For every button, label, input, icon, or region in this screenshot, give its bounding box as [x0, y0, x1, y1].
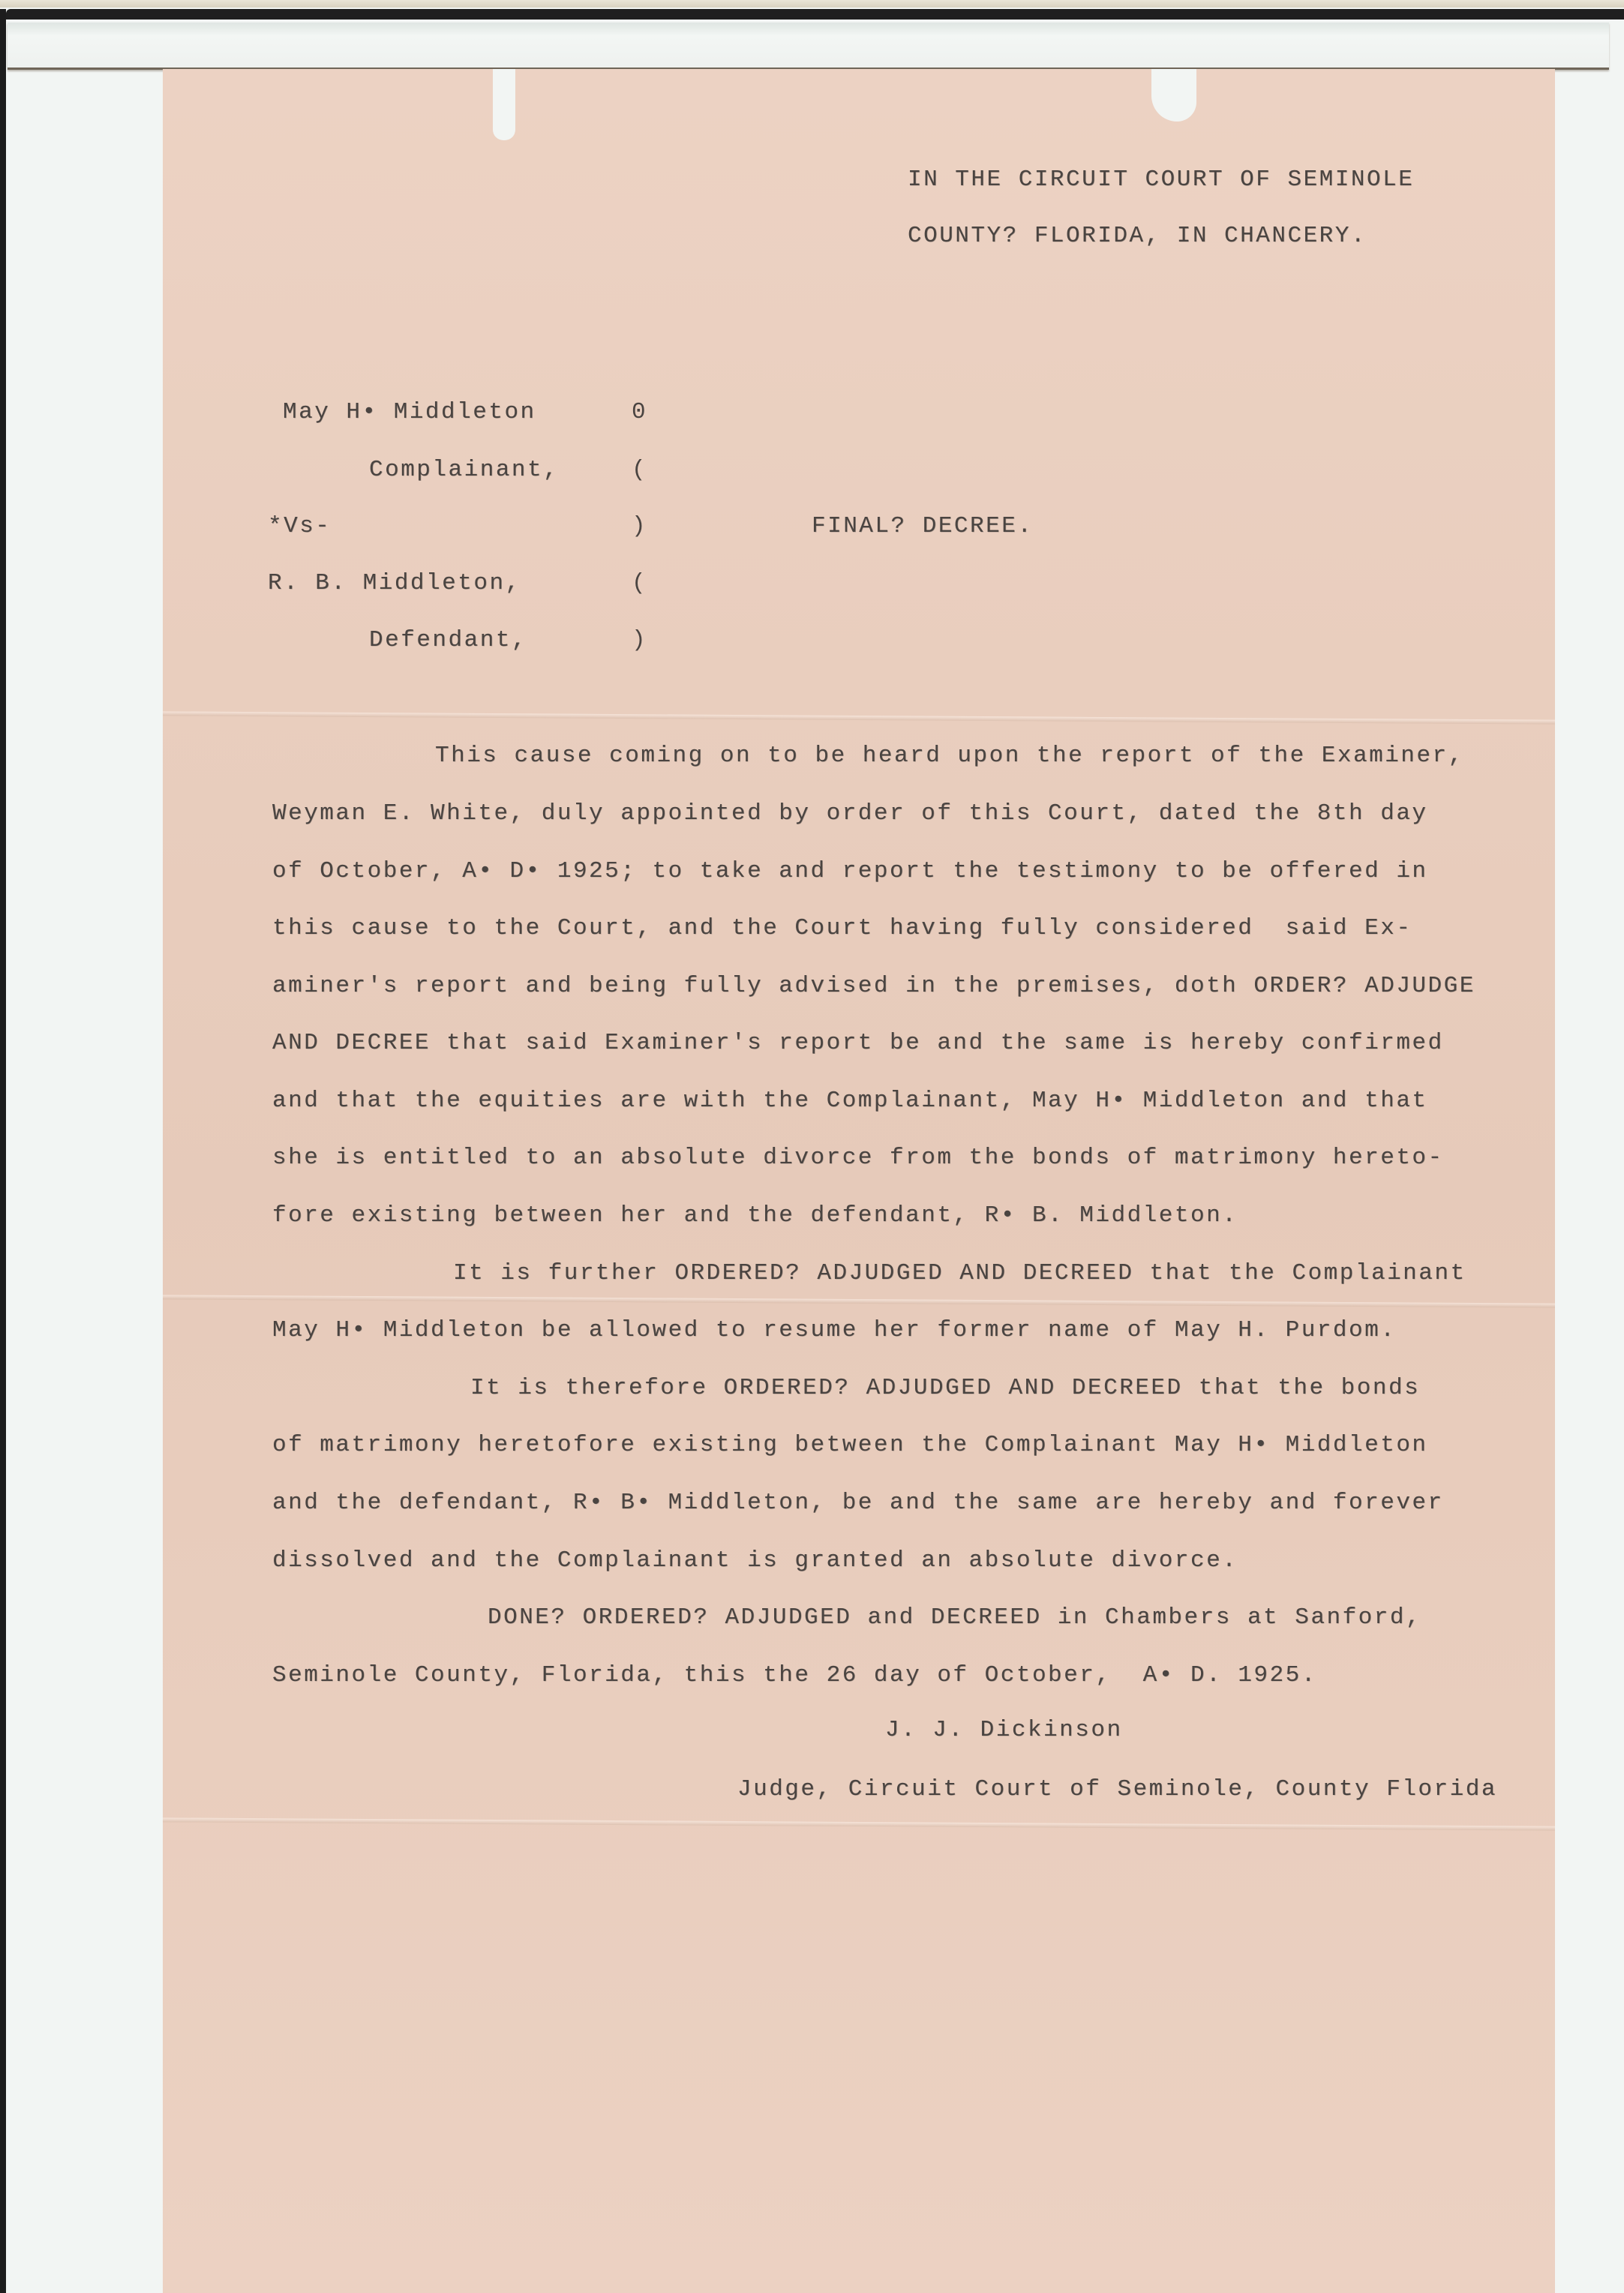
decree-title: FINAL? DECREE. — [812, 513, 1033, 539]
body-line: of October, A• D• 1925; to take and repo… — [272, 858, 1428, 884]
body-line: AND DECREE that said Examiner's report b… — [272, 1030, 1444, 1056]
body-line: This cause coming on to be heard upon th… — [435, 743, 1464, 769]
caption-bracket-3: ) — [632, 513, 646, 539]
body-line: It is therefore ORDERED? ADJUDGED AND DE… — [470, 1375, 1420, 1401]
body-line: she is entitled to an absolute divorce f… — [272, 1145, 1444, 1171]
scanner-frame-top — [6, 9, 1624, 20]
caption-bracket-2: ( — [632, 457, 646, 483]
body-line: May H• Middleton be allowed to resume he… — [272, 1317, 1396, 1343]
body-line: DONE? ORDERED? ADJUDGED and DECREED in C… — [488, 1604, 1421, 1631]
fold-line-upper — [163, 711, 1555, 724]
body-line: Weyman E. White, duly appointed by order… — [272, 800, 1428, 827]
paper-tear-left — [493, 69, 515, 140]
court-header-line-1: IN THE CIRCUIT COURT OF SEMINOLE — [908, 167, 1414, 193]
body-line: this cause to the Court, and the Court h… — [272, 915, 1412, 941]
judge-signature-title: Judge, Circuit Court of Seminole, County… — [737, 1776, 1497, 1802]
caption-bracket-1: 0 — [632, 399, 646, 425]
body-line: It is further ORDERED? ADJUDGED AND DECR… — [453, 1260, 1466, 1286]
fold-line-middle — [163, 1295, 1555, 1307]
document-page: IN THE CIRCUIT COURT OF SEMINOLE COUNTY?… — [163, 69, 1555, 2293]
body-line: and that the equities are with the Compl… — [272, 1088, 1428, 1114]
body-line: Seminole County, Florida, this the 26 da… — [272, 1662, 1317, 1688]
fold-line-lower — [163, 1817, 1555, 1830]
paper-tear-right — [1151, 69, 1196, 122]
scan-top-edge — [0, 0, 1624, 8]
mounting-strip — [8, 23, 1609, 70]
defendant-label: Defendant, — [369, 627, 527, 653]
caption-bracket-5: ) — [632, 627, 646, 653]
body-line: aminer's report and being fully advised … — [272, 973, 1475, 999]
caption-bracket-4: ( — [632, 570, 646, 596]
body-line: of matrimony heretofore existing between… — [272, 1432, 1428, 1458]
complainant-name: May H• Middleton — [283, 399, 536, 425]
complainant-label: Complainant, — [369, 457, 559, 483]
body-line: and the defendant, R• B• Middleton, be a… — [272, 1490, 1444, 1516]
defendant-name: R. B. Middleton, — [268, 570, 521, 596]
court-header-line-2: COUNTY? FLORIDA, IN CHANCERY. — [908, 223, 1367, 249]
body-line: fore existing between her and the defend… — [272, 1202, 1238, 1229]
judge-signature-name: J. J. Dickinson — [885, 1717, 1123, 1743]
scanner-frame-left — [0, 9, 6, 2293]
body-line: dissolved and the Complainant is granted… — [272, 1547, 1238, 1574]
versus-label: *Vs- — [268, 513, 331, 539]
